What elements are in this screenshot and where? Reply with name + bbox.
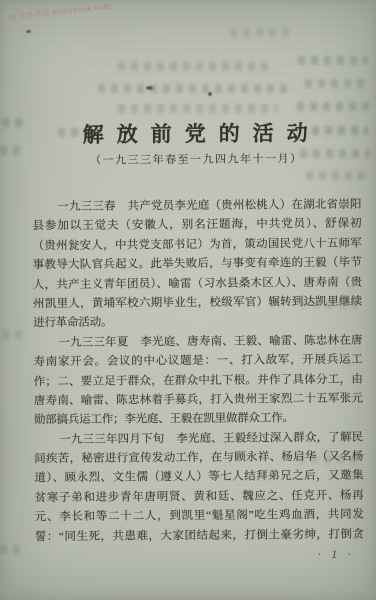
text-line: 一九三三春 共产党员李光庭（贵州松桃人）在湖北省崇阳 bbox=[32, 196, 361, 218]
text-line: 元、李长和等二十二人，到凯里“魁星阁”吃生鸡血酒，共同发 bbox=[35, 506, 364, 528]
text-line: 间疾苦，秘密进行宣传发动工作，在与顾永祥、杨启华（又名杨 bbox=[34, 448, 363, 470]
text-line: 寿南家开会。会议的中心议题是：一、打入敌军，开展兵运工 bbox=[33, 351, 362, 373]
text-line: 道）、顾永烈、文生儒（遵义人）等七人结拜弟兄之后，又邀集 bbox=[34, 467, 363, 489]
text-line: 勋部搞兵运工作；李光庭、王毅在凯里做群众工作。 bbox=[34, 409, 363, 431]
text-line: 人，共产主义青年团员）、喻雷（习水县桑木区人）、唐寿南（贵 bbox=[33, 273, 362, 295]
page-subtitle: （一九三三年春至一九四九年十一月） bbox=[32, 150, 361, 169]
page-content: 解放前党的活动 （一九三三年春至一九四九年十一月） 一九三三春 共产党员李光庭（… bbox=[0, 0, 376, 600]
scanned-page: 时光图书馆 stimebook.com 解放前党的活动 （一九三三年春至一九四九… bbox=[0, 0, 376, 600]
text-line: 事教导大队官兵起义。此举失败后，与事变有牵连的王毅（毕节 bbox=[33, 254, 362, 276]
text-line: 作；二、要立足于群众，在群众中扎下根。并作了具体分工，由 bbox=[34, 370, 363, 392]
text-line: 一九三三年夏 李光庭、唐寿南、王毅、喻雷、陈忠林在唐 bbox=[33, 331, 362, 353]
page-number: · 1 · bbox=[318, 549, 368, 561]
text-line: 唐寿南、喻雷、陈忠林着手募兵，打入贵州王家烈二十五军张元 bbox=[34, 390, 363, 412]
body-text: 一九三三春 共产党员李光庭（贵州松桃人）在湖北省崇阳县参加以王觉夫（安徽人，别名… bbox=[32, 196, 364, 548]
text-line: 一九三三年四月下旬 李光庭、王毅经过深入群众，了解民 bbox=[34, 428, 363, 450]
text-line: 誓：“同生死，共患难，大家团结起来，打倒土豪劣绅，打倒贪 bbox=[35, 525, 364, 547]
text-line: （贵州瓮安人，中共党支部书记）为首，策动国民党八十五师军 bbox=[33, 234, 362, 256]
text-line: 贫寒子弟和进步青年唐明贤、黄和廷、魏应之、任克开、杨再 bbox=[34, 486, 363, 508]
text-line: 进行革命活动。 bbox=[33, 312, 362, 334]
text-line: 州凯里人，黄埔军校六期毕业生，校级军官）辗转到达凯里继续 bbox=[33, 293, 362, 315]
text-line: 县参加以王觉夫（安徽人，别名汪题海，中共党员）、舒保初 bbox=[32, 215, 361, 237]
page-title: 解放前党的活动 bbox=[32, 117, 361, 150]
